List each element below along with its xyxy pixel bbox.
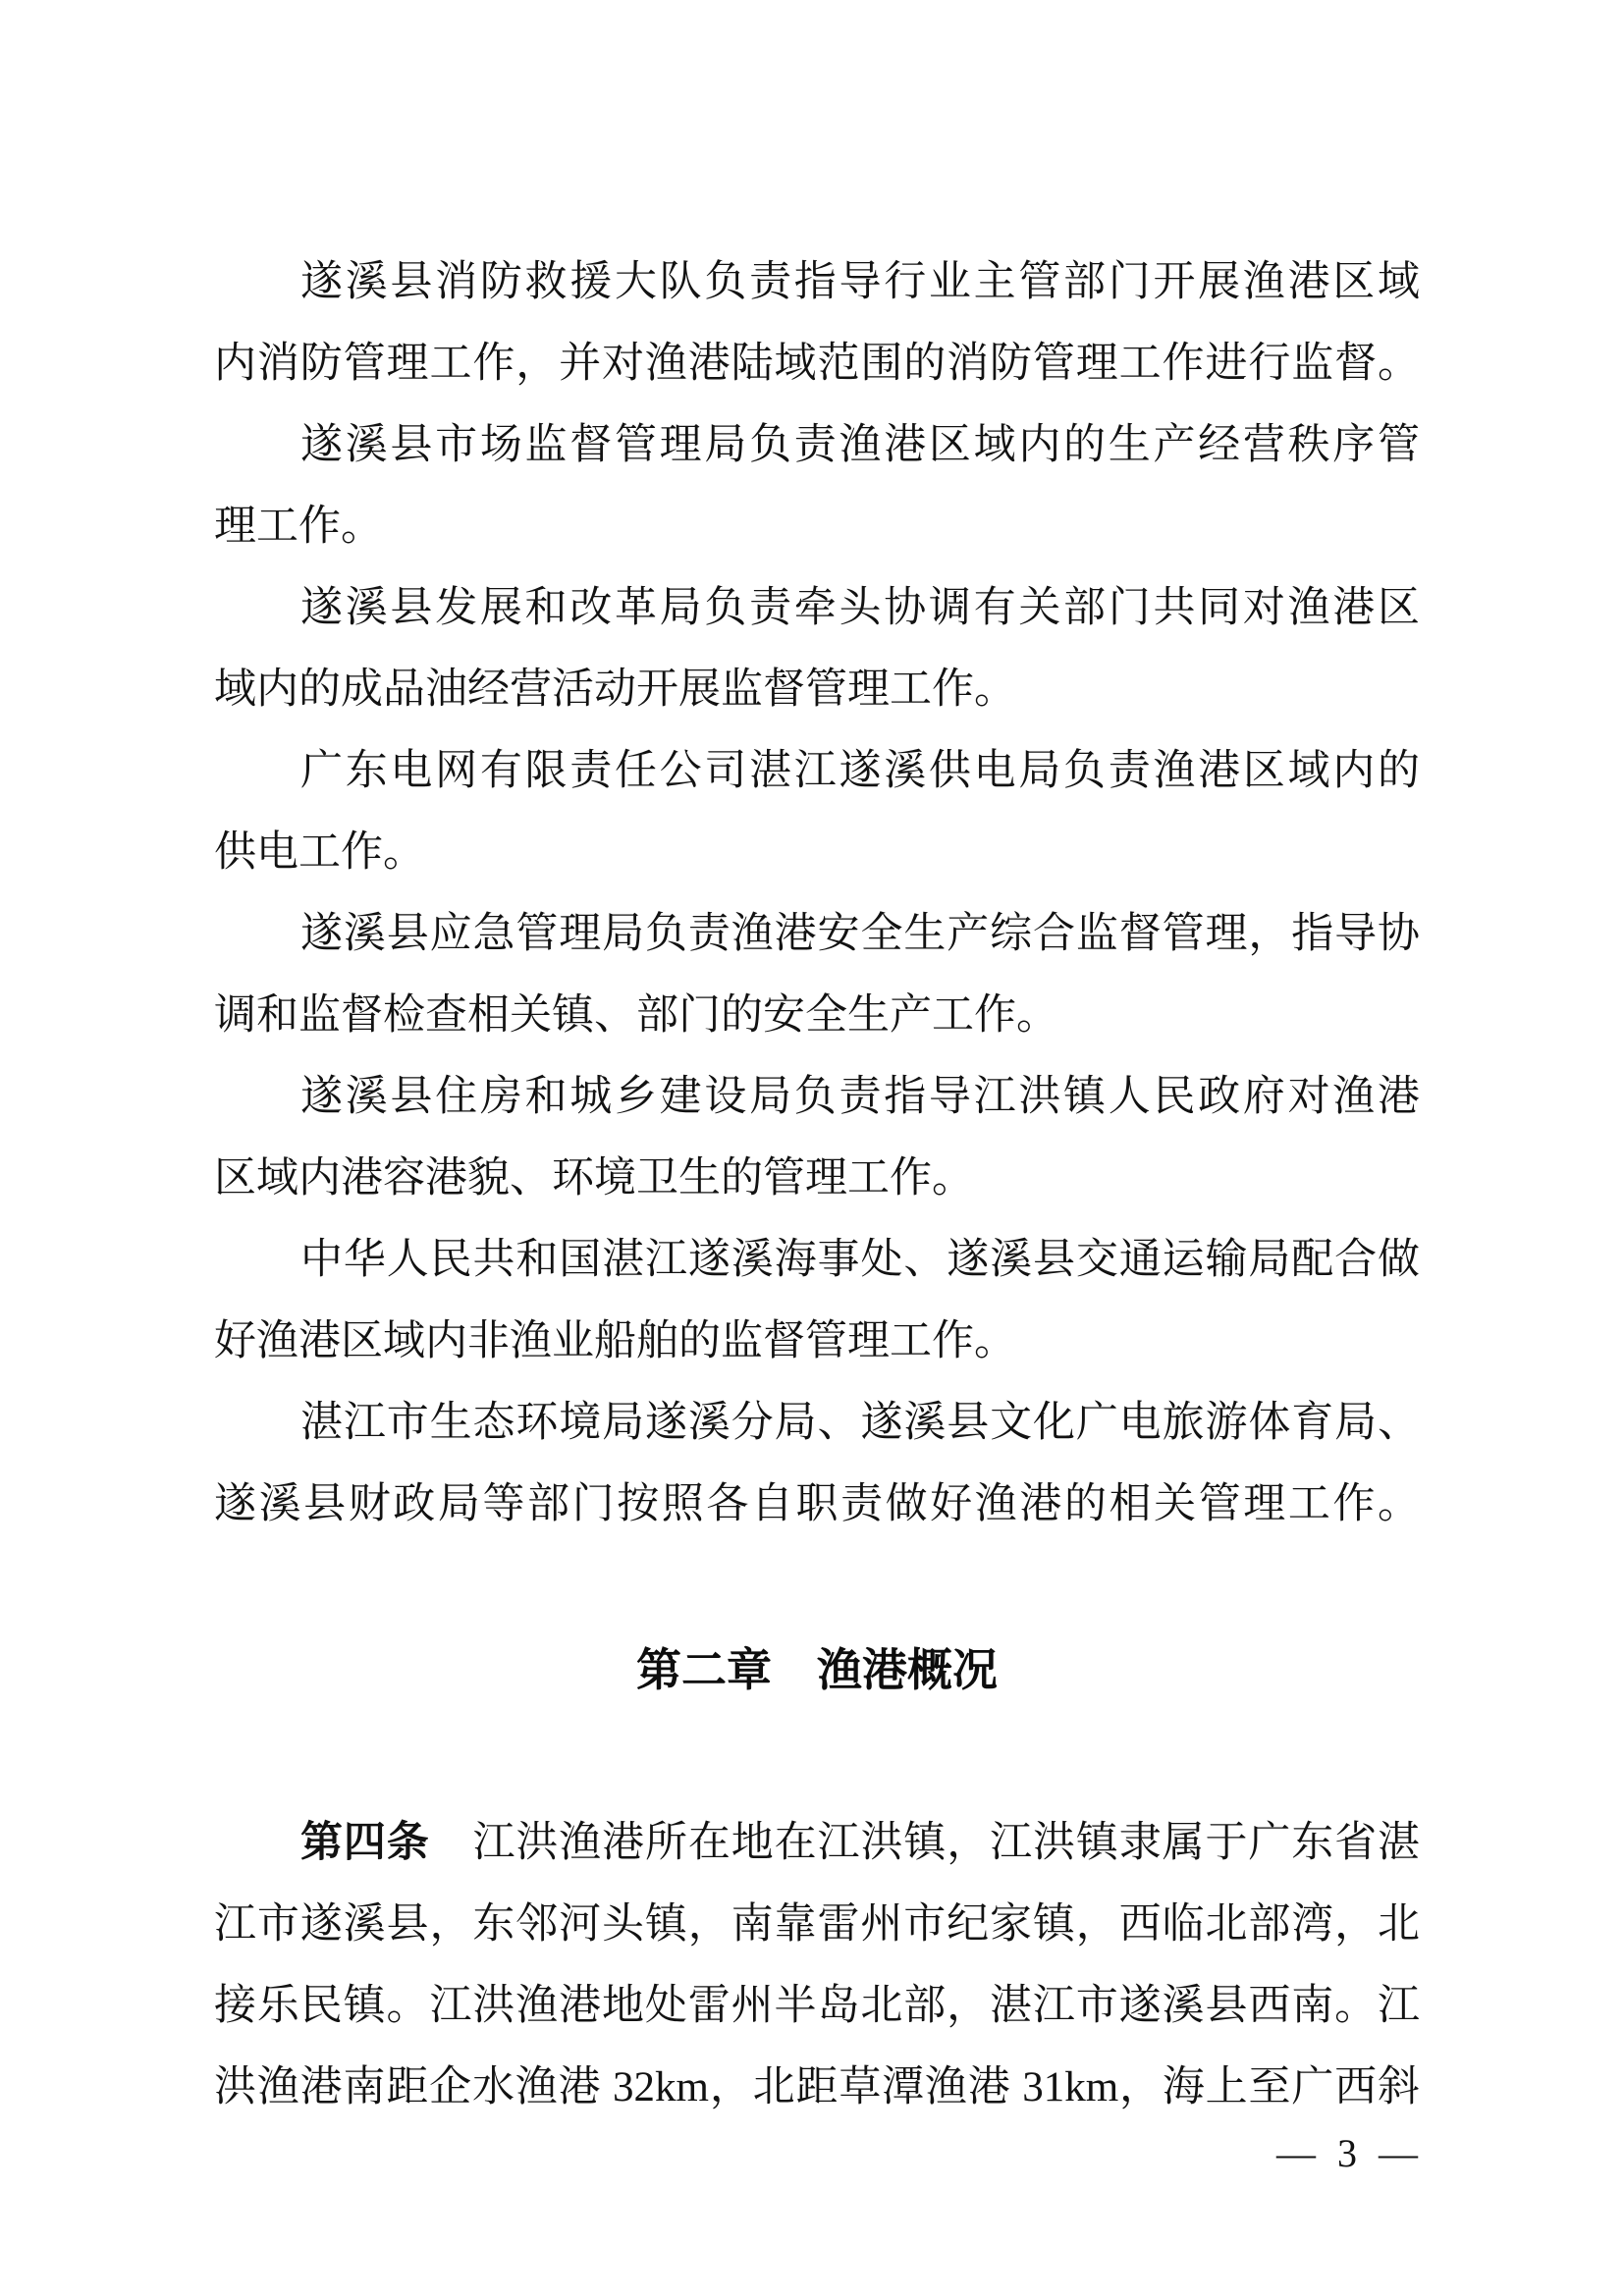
article-text: 江洪渔港所在地在江洪镇，江洪镇隶属于广东省湛 [430, 1820, 1420, 1866]
paragraph-line: 调和监督检查相关镇、部门的安全生产工作。 [214, 975, 1420, 1056]
paragraph: 湛江市生态环境局遂溪分局、遂溪县文化广电旅游体育局、 遂溪县财政局等部门按照各自… [214, 1382, 1420, 1545]
paragraph: 广东电网有限责任公司湛江遂溪供电局负责渔港区域内的 供电工作。 [214, 730, 1420, 893]
paragraph-line: 域内的成品油经营活动开展监督管理工作。 [214, 649, 1420, 730]
page-number: — 3 — [1276, 2132, 1424, 2175]
paragraph-line: 第四条 江洪渔港所在地在江洪镇，江洪镇隶属于广东省湛 [214, 1802, 1420, 1884]
paragraph-line: 遂溪县财政局等部门按照各自职责做好渔港的相关管理工作。 [214, 1464, 1420, 1545]
paragraph-line: 接乐民镇。江洪渔港地处雷州半岛北部，湛江市遂溪县西南。江 [214, 1965, 1420, 2047]
paragraph-line: 好渔港区域内非渔业船舶的监督管理工作。 [214, 1301, 1420, 1382]
paragraph-line: 遂溪县发展和改革局负责牵头协调有关部门共同对渔港区 [214, 567, 1420, 649]
paragraph-line: 广东电网有限责任公司湛江遂溪供电局负责渔港区域内的 [214, 730, 1420, 812]
article-number-label: 第四条 [300, 1819, 430, 1866]
paragraph-line: 洪渔港南距企水渔港 32km，北距草潭渔港 31km，海上至广西斜 [214, 2047, 1420, 2128]
paragraph: 遂溪县消防救援大队负责指导行业主管部门开展渔港区域 内消防管理工作，并对渔港陆域… [214, 241, 1420, 404]
paragraph: 遂溪县住房和城乡建设局负责指导江洪镇人民政府对渔港 区域内港容港貌、环境卫生的管… [214, 1056, 1420, 1219]
paragraph-line: 供电工作。 [214, 812, 1420, 893]
paragraph-line: 江市遂溪县，东邻河头镇，南靠雷州市纪家镇，西临北部湾，北 [214, 1884, 1420, 1965]
paragraph-line: 遂溪县住房和城乡建设局负责指导江洪镇人民政府对渔港 [214, 1056, 1420, 1138]
paragraph: 遂溪县发展和改革局负责牵头协调有关部门共同对渔港区 域内的成品油经营活动开展监督… [214, 567, 1420, 730]
paragraph: 遂溪县应急管理局负责渔港安全生产综合监督管理，指导协 调和监督检查相关镇、部门的… [214, 893, 1420, 1056]
paragraph: 第四条 江洪渔港所在地在江洪镇，江洪镇隶属于广东省湛 江市遂溪县，东邻河头镇，南… [214, 1802, 1420, 2128]
chapter-heading: 第二章 渔港概况 [214, 1629, 1420, 1711]
paragraph-line: 遂溪县市场监督管理局负责渔港区域内的生产经营秩序管 [214, 404, 1420, 486]
paragraph-line: 遂溪县消防救援大队负责指导行业主管部门开展渔港区域 [214, 241, 1420, 323]
paragraph: 中华人民共和国湛江遂溪海事处、遂溪县交通运输局配合做 好渔港区域内非渔业船舶的监… [214, 1219, 1420, 1382]
document-page: 遂溪县消防救援大队负责指导行业主管部门开展渔港区域 内消防管理工作，并对渔港陆域… [0, 0, 1624, 2296]
paragraph-line: 区域内港容港貌、环境卫生的管理工作。 [214, 1138, 1420, 1219]
paragraph-line: 湛江市生态环境局遂溪分局、遂溪县文化广电旅游体育局、 [214, 1382, 1420, 1464]
paragraph-line: 遂溪县应急管理局负责渔港安全生产综合监督管理，指导协 [214, 893, 1420, 975]
paragraph: 遂溪县市场监督管理局负责渔港区域内的生产经营秩序管 理工作。 [214, 404, 1420, 567]
body-text: 遂溪县消防救援大队负责指导行业主管部门开展渔港区域 内消防管理工作，并对渔港陆域… [214, 241, 1420, 2128]
paragraph-line: 理工作。 [214, 486, 1420, 567]
paragraph-line: 内消防管理工作，并对渔港陆域范围的消防管理工作进行监督。 [214, 323, 1420, 404]
paragraph-line: 中华人民共和国湛江遂溪海事处、遂溪县交通运输局配合做 [214, 1219, 1420, 1301]
